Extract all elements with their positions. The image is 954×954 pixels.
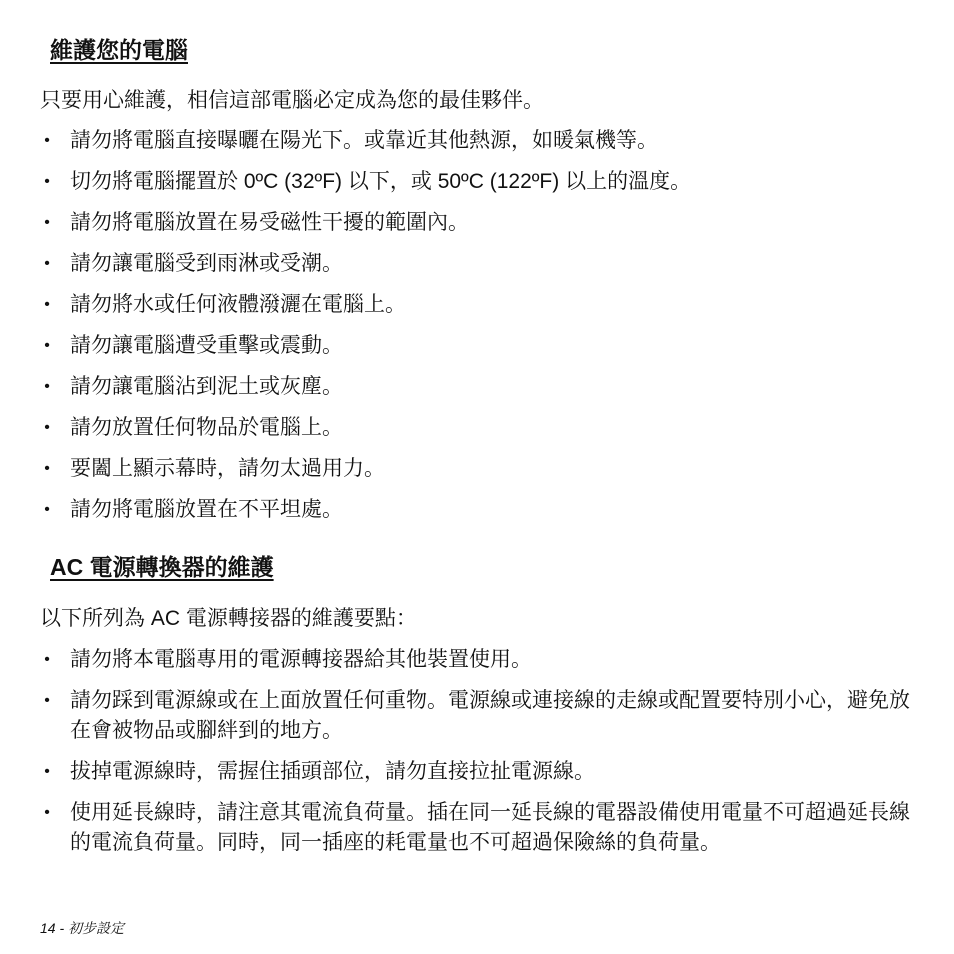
list-item: • 請勿將本電腦專用的電源轉接器給其他裝置使用。	[40, 645, 920, 675]
bullet-icon: •	[42, 372, 52, 402]
list-item-text: 請勿讓電腦受到雨淋或受潮。	[70, 252, 343, 275]
bullet-icon: •	[42, 757, 52, 787]
list-item-text: 切勿將電腦擺置於 0ºC (32ºF) 以下，或 50ºC (122ºF) 以上…	[70, 170, 691, 193]
section-title-ac-adapter-care: AC 電源轉換器的維護	[50, 552, 274, 582]
bullet-icon: •	[42, 249, 52, 279]
bullet-icon: •	[42, 126, 52, 156]
bullet-icon: •	[42, 686, 52, 716]
bullet-icon: •	[42, 495, 52, 525]
list-item: • 請勿將電腦放置在不平坦處。	[40, 495, 920, 525]
list-item: • 請勿讓電腦遭受重擊或震動。	[40, 331, 920, 361]
list-item-text: 使用延長線時，請注意其電流負荷量。插在同一延長線的電器設備使用電量不可超過延長線…	[70, 801, 910, 854]
list-item-text: 請勿踩到電源線或在上面放置任何重物。電源線或連接線的走線或配置要特別小心，避免放…	[70, 689, 910, 742]
document-page: 維護您的電腦 只要用心維護，相信這部電腦必定成為您的最佳夥伴。 • 請勿將電腦直…	[0, 0, 954, 954]
bullet-icon: •	[42, 208, 52, 238]
section-intro-ac-adapter-care: 以下所列為 AC 電源轉接器的維護要點：	[40, 604, 417, 634]
list-item-text: 請勿將電腦放置在不平坦處。	[70, 498, 343, 521]
list-item-text: 請勿讓電腦沾到泥土或灰塵。	[70, 375, 343, 398]
list-item-text: 請勿將電腦直接曝曬在陽光下。或靠近其他熱源，如暖氣機等。	[70, 129, 658, 152]
list-item: • 請勿將電腦直接曝曬在陽光下。或靠近其他熱源，如暖氣機等。	[40, 126, 920, 156]
list-item-text: 請勿將本電腦專用的電源轉接器給其他裝置使用。	[70, 648, 532, 671]
list-item: • 拔掉電源線時，需握住插頭部位，請勿直接拉扯電源線。	[40, 757, 920, 787]
section-intro-computer-care: 只要用心維護，相信這部電腦必定成為您的最佳夥伴。	[40, 86, 544, 116]
list-item: • 請勿放置任何物品於電腦上。	[40, 413, 920, 443]
list-item-text: 請勿將水或任何液體潑灑在電腦上。	[70, 293, 406, 316]
list-item-text: 請勿讓電腦遭受重擊或震動。	[70, 334, 343, 357]
bullet-icon: •	[42, 454, 52, 484]
list-item: • 請勿讓電腦受到雨淋或受潮。	[40, 249, 920, 279]
list-item: • 請勿將水或任何液體潑灑在電腦上。	[40, 290, 920, 320]
adapter-tips-list: • 請勿將本電腦專用的電源轉接器給其他裝置使用。 • 請勿踩到電源線或在上面放置…	[40, 645, 920, 858]
list-item: • 請勿讓電腦沾到泥土或灰塵。	[40, 372, 920, 402]
bullet-icon: •	[42, 167, 52, 197]
bullet-icon: •	[42, 331, 52, 361]
list-item-text: 拔掉電源線時，需握住插頭部位，請勿直接拉扯電源線。	[70, 760, 595, 783]
list-item-text: 請勿放置任何物品於電腦上。	[70, 416, 343, 439]
care-tips-list: • 請勿將電腦直接曝曬在陽光下。或靠近其他熱源，如暖氣機等。 • 切勿將電腦擺置…	[40, 126, 920, 525]
page-footer: 14 - 初步設定	[40, 918, 124, 938]
section-title-computer-care: 維護您的電腦	[50, 35, 188, 65]
list-item: • 切勿將電腦擺置於 0ºC (32ºF) 以下，或 50ºC (122ºF) …	[40, 167, 920, 197]
bullet-icon: •	[42, 290, 52, 320]
list-item-text: 請勿將電腦放置在易受磁性干擾的範圍內。	[70, 211, 469, 234]
bullet-icon: •	[42, 413, 52, 443]
list-item: • 使用延長線時，請注意其電流負荷量。插在同一延長線的電器設備使用電量不可超過延…	[40, 798, 920, 858]
bullet-icon: •	[42, 798, 52, 828]
list-item: • 要闔上顯示幕時，請勿太過用力。	[40, 454, 920, 484]
list-item: • 請勿踩到電源線或在上面放置任何重物。電源線或連接線的走線或配置要特別小心，避…	[40, 686, 920, 746]
list-item-text: 要闔上顯示幕時，請勿太過用力。	[70, 457, 385, 480]
list-item: • 請勿將電腦放置在易受磁性干擾的範圍內。	[40, 208, 920, 238]
bullet-icon: •	[42, 645, 52, 675]
